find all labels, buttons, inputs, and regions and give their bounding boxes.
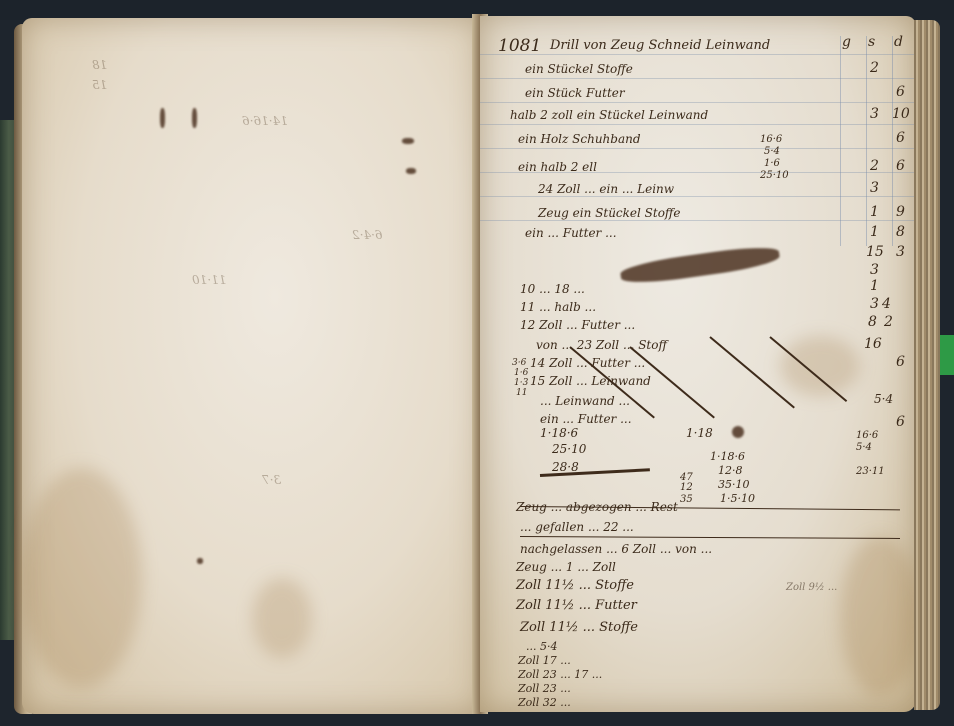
entry-amount: 9 xyxy=(896,204,905,220)
entry-amount: 4 xyxy=(882,296,891,312)
ink-blot xyxy=(732,426,744,438)
ink-mark xyxy=(402,138,414,144)
entry-amount: 8 xyxy=(896,224,905,240)
entry-amount: 1 xyxy=(870,204,879,220)
water-stain xyxy=(840,536,920,696)
ruled-line xyxy=(480,124,916,125)
ledger-entry: 11 ... halb ... xyxy=(520,300,596,314)
bleed-through-text: 11·10 xyxy=(192,273,226,287)
note-line: Zoll 11½ ... Stoffe xyxy=(520,620,638,635)
left-page: 18 15 14·16·6 6·4·2 11·10 3·7 xyxy=(22,18,482,714)
note-line: ... 5·4 xyxy=(526,640,557,653)
right-page: 1081 Drill von Zeug Schneid Leinwand g s… xyxy=(480,16,916,712)
note-line: Zoll 23 ... xyxy=(518,682,571,695)
note-line: Zoll 11½ ... Futter xyxy=(516,598,637,613)
ruled-line xyxy=(480,220,916,221)
entry-amount: 6 xyxy=(896,130,905,146)
column-rule xyxy=(840,36,841,246)
total-center: 1·18·6 xyxy=(710,450,745,463)
ruled-line xyxy=(480,78,916,79)
ink-smear xyxy=(619,243,781,287)
ledger-entry: ein Stück Futter xyxy=(525,86,625,100)
ledger-entry: 12 Zoll ... Futter ... xyxy=(520,318,635,332)
right-page-edges xyxy=(914,20,940,710)
entry-amount: 3 xyxy=(870,296,879,312)
note-line: ... gefallen ... 22 ... xyxy=(520,520,634,534)
entry-amount: 3 xyxy=(870,106,879,122)
ruled-line xyxy=(480,196,916,197)
entry-amount: 10 xyxy=(892,106,910,122)
total-center: 35·10 xyxy=(718,478,750,491)
bleed-through-text: 18 xyxy=(92,58,107,72)
ink-mark xyxy=(192,108,197,128)
crossed-amount: 16 xyxy=(864,336,882,352)
folio-number: 1081 xyxy=(498,36,541,56)
column-header: s xyxy=(868,34,875,50)
total-left: 25·10 xyxy=(552,442,586,456)
bleed-through-text: 3·7 xyxy=(262,473,281,487)
ledger-entry: ein Holz Schuhband xyxy=(518,132,641,146)
entry-amount: 6 xyxy=(896,158,905,174)
ledger-entry: ein Stückel Stoffe xyxy=(525,62,633,76)
entry-amount: 1 xyxy=(870,224,879,240)
entry-amount: 2 xyxy=(870,60,879,76)
water-stain xyxy=(22,468,142,688)
margin-note: 1·6 xyxy=(514,368,528,378)
water-stain xyxy=(780,336,860,396)
entry-amount: 6 xyxy=(896,84,905,100)
entry-amount: 2 xyxy=(870,158,879,174)
middle-sum: 5·4 xyxy=(764,146,780,157)
ink-mark xyxy=(197,558,203,564)
crossed-entry: von ... 23 Zoll ... Stoff xyxy=(536,338,667,352)
ink-mark xyxy=(406,168,416,174)
crossed-amount: 5·4 xyxy=(874,392,893,406)
side-note: Zoll 9½ ... xyxy=(786,582,837,593)
total-center-margin: 35 xyxy=(680,494,693,505)
note-line: Zeug ... abgezogen ... Rest xyxy=(516,500,678,514)
total-right: 23·11 xyxy=(856,466,885,477)
ledger-entry: ein halb 2 ell xyxy=(518,160,597,174)
note-line: Zoll 11½ ... Stoffe xyxy=(516,578,634,593)
column-rule xyxy=(892,36,893,246)
total-center: 1·5·10 xyxy=(720,492,755,505)
note-line: Zoll 17 ... xyxy=(518,654,571,667)
open-ledger-book: 18 15 14·16·6 6·4·2 11·10 3·7 1081 Drill… xyxy=(14,14,944,720)
entry-amount: 8 xyxy=(868,314,877,330)
crossed-entry: ein ... Futter ... xyxy=(540,412,632,426)
entry-amount: 3 xyxy=(870,262,879,278)
margin-note: 11 xyxy=(516,388,527,398)
column-rule xyxy=(866,36,867,246)
entry-amount: 1 xyxy=(870,278,879,294)
crossed-entry: ... Leinwand ... xyxy=(540,394,630,408)
separator-line xyxy=(520,536,900,539)
ink-mark xyxy=(160,108,165,128)
ledger-entry: halb 2 zoll ein Stückel Leinwand xyxy=(510,108,708,122)
ledger-entry: ein ... Futter ... xyxy=(525,226,617,240)
middle-sum: 1·6 xyxy=(764,158,780,169)
entry-amount: 15 xyxy=(866,244,884,260)
water-stain xyxy=(252,578,312,658)
ledger-entry: Zeug ein Stückel Stoffe xyxy=(538,206,681,220)
total-right: 16·6 xyxy=(856,430,878,441)
note-line: Zoll 23 ... 17 ... xyxy=(518,668,602,681)
total-center: 1·18 xyxy=(686,426,713,440)
total-left: 1·18·6 xyxy=(540,426,578,440)
note-line: Zoll 32 ... xyxy=(518,696,571,709)
bleed-through-text: 6·4·2 xyxy=(352,228,383,242)
margin-note: 1·3 xyxy=(514,378,528,388)
entry-amount: 3 xyxy=(870,180,879,196)
entry-amount: 2 xyxy=(884,314,893,330)
note-line: Zeug ... 1 ... Zoll xyxy=(516,560,616,574)
middle-sum: 25·10 xyxy=(760,170,789,181)
note-line: nachgelassen ... 6 Zoll ... von ... xyxy=(520,542,712,556)
middle-sum: 16·6 xyxy=(760,134,782,145)
crossed-amount: 6 xyxy=(896,354,905,370)
bleed-through-text: 14·16·6 xyxy=(242,114,288,128)
total-right: 5·4 xyxy=(856,442,872,453)
ruled-line xyxy=(480,54,916,55)
ruled-line xyxy=(480,102,916,103)
ledger-entry: 10 ... 18 ... xyxy=(520,282,585,296)
column-header: g xyxy=(842,34,851,50)
total-center-margin: 12 xyxy=(680,482,693,493)
column-header: d xyxy=(894,34,903,50)
ledger-header: Drill von Zeug Schneid Leinwand xyxy=(550,38,770,53)
ledger-entry: 24 Zoll ... ein ... Leinw xyxy=(538,182,674,196)
crossed-amount: 6 xyxy=(896,414,905,430)
total-center: 12·8 xyxy=(718,464,743,477)
margin-note: 3·6 xyxy=(512,358,526,368)
crossed-entry: 15 Zoll ... Leinwand xyxy=(530,374,651,388)
bleed-through-text: 15 xyxy=(92,78,107,92)
ruled-line xyxy=(480,148,916,149)
entry-amount: 3 xyxy=(896,244,905,260)
